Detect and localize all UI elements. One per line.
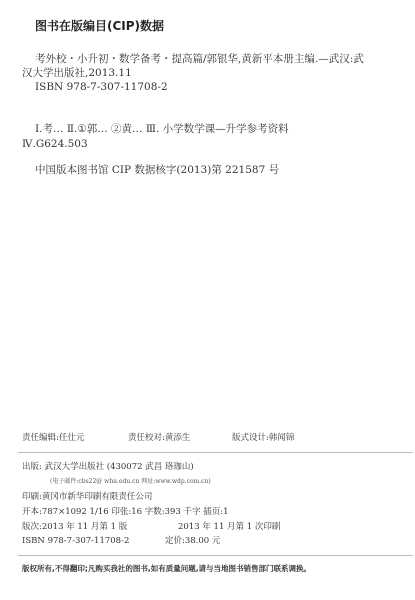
imprint-price: 定价:38.00 元: [165, 537, 220, 546]
imprint-printer: 印刷:黄冈市新华印刷有限责任公司: [22, 493, 152, 502]
imprint-format: 开本:787×1092 1/16 印张:16 字数:393 千字 插页:1: [22, 508, 228, 517]
imprint-printing: 2013 年 11 月第 1 次印刷: [178, 523, 280, 532]
cip-title-line1: 考外校・小升初・数学备考・提高篇/郭银华,黄新平本册主编.—武汉:武: [35, 54, 364, 65]
imprint-isbn: ISBN 978-7-307-11708-2: [22, 537, 129, 546]
imprint-edition: 版次:2013 年 11 月第 1 版: [22, 523, 127, 532]
cip-number: 中国版本图书馆 CIP 数据核字(2013)第 221587 号: [35, 165, 279, 176]
cip-clc: Ⅳ.G624.503: [22, 139, 88, 150]
credit-designer: 版式设计:韩闻锦: [232, 434, 294, 443]
cip-isbn: ISBN 978-7-307-11708-2: [35, 82, 168, 93]
divider-bottom: [18, 555, 413, 556]
credit-proofreader: 责任校对:黄添生: [128, 434, 190, 443]
cip-classification: Ⅰ.考… Ⅱ.①郭… ②黄… Ⅲ. 小学数学课—升学参考资料: [35, 124, 289, 135]
imprint-publisher: 出版: 武汉大学出版社 (430072 武昌 珞珈山): [22, 463, 194, 472]
imprint-contact: (电子邮件:cbs22@ whu.edu.cn 网址:www.wdp.com.c…: [50, 479, 211, 485]
cip-title-line2: 汉大学出版社,2013.11: [22, 68, 132, 79]
copyright-notice: 版权所有,不得翻印;凡购买我社的图书,如有质量问题,请与当地图书销售部门联系调换…: [22, 565, 311, 573]
divider-top: [18, 452, 413, 453]
credit-editor: 责任编辑:任仕元: [22, 434, 84, 443]
cip-heading: 图书在版编目(CIP)数据: [35, 20, 164, 32]
